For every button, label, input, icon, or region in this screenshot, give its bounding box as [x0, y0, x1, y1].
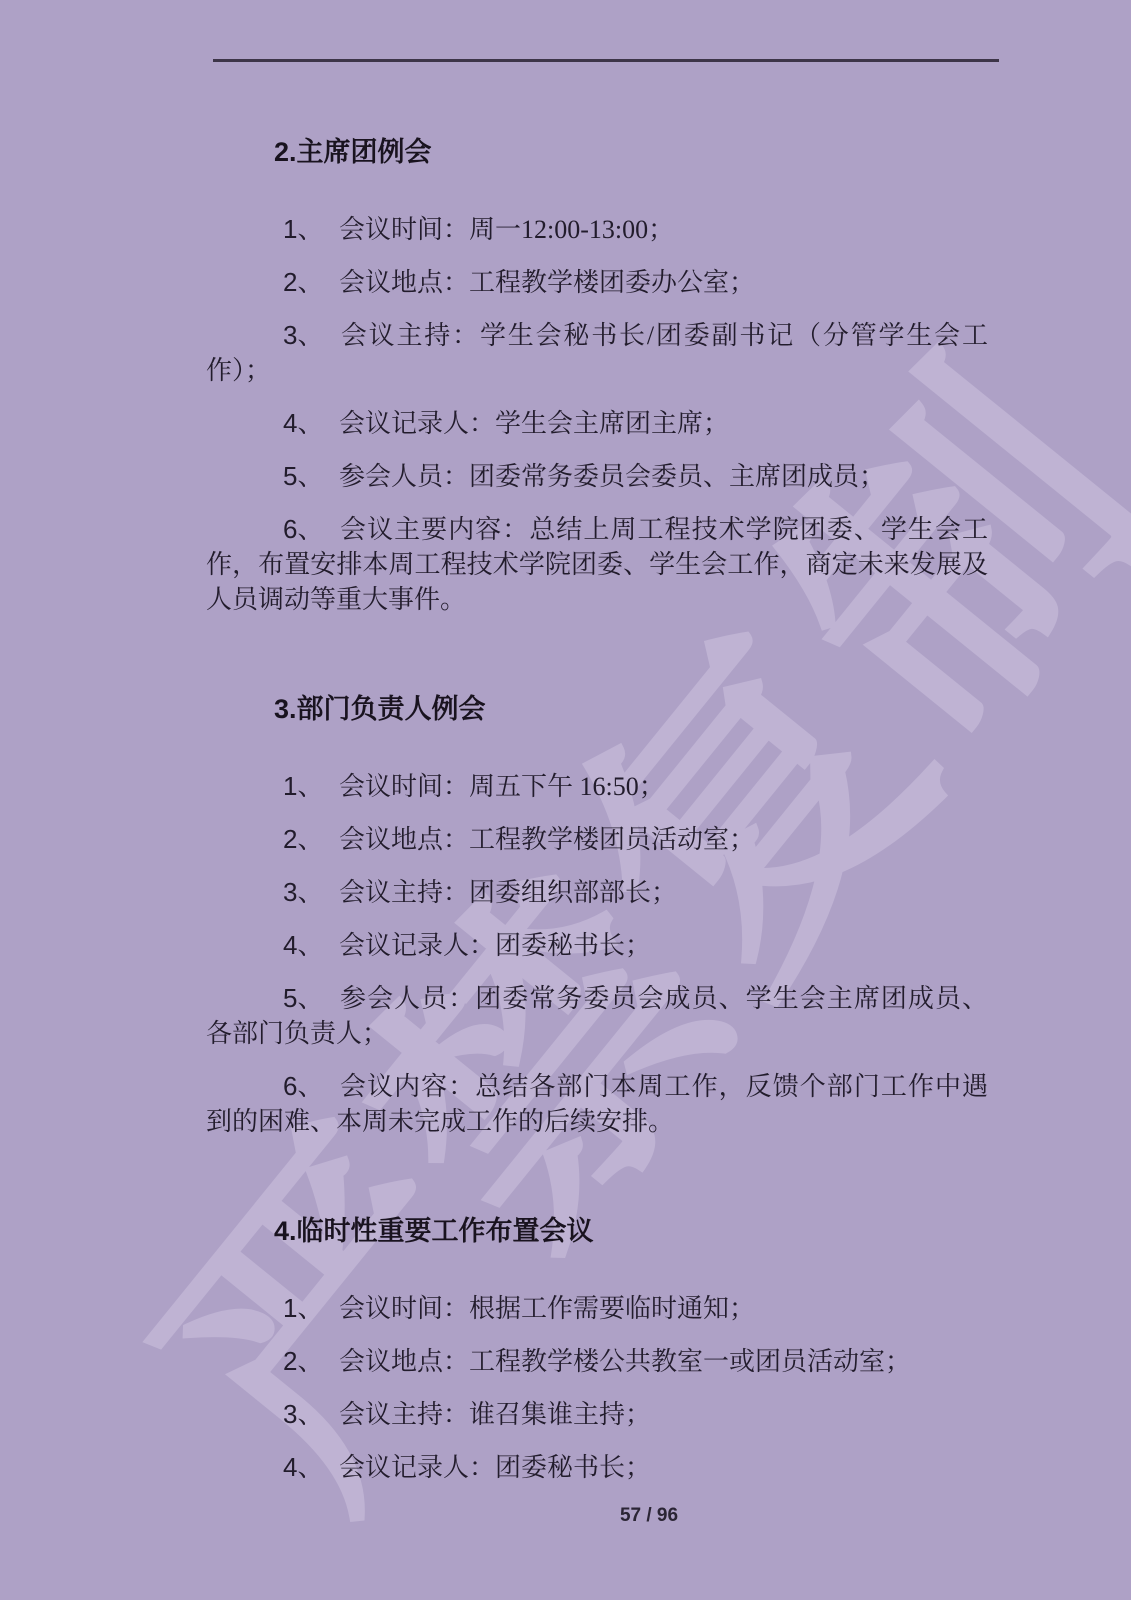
list-item: 4、会议记录人：团委秘书长； [206, 1450, 988, 1485]
item-text: 会议时间：根据工作需要临时通知； [339, 1294, 755, 1323]
item-text: 会议记录人：学生会主席团主席； [339, 409, 729, 438]
list-item: 4、会议记录人：学生会主席团主席； [206, 406, 988, 441]
list-item: 4、会议记录人：团委秘书长； [206, 928, 988, 963]
list-item: 2、会议地点：工程教学楼团员活动室； [206, 822, 988, 857]
item-number: 5、 [283, 459, 339, 494]
item-number: 3、 [283, 1397, 339, 1432]
item-number: 4、 [283, 406, 339, 441]
page-number: 57 / 96 [620, 1505, 678, 1526]
list-item: 3、会议主持：学生会秘书长/团委副书记（分管学生会工作）； [206, 318, 988, 388]
item-text: 会议记录人：团委秘书长； [339, 931, 651, 960]
document-content: 2.主席团例会 1、会议时间：周一12:00-13:00； 2、会议地点：工程教… [206, 60, 988, 1503]
item-text: 会议地点：工程教学楼公共教室一或团员活动室； [339, 1347, 911, 1376]
item-text: 会议地点：工程教学楼团委办公室； [339, 268, 755, 297]
list-item: 6、会议内容：总结各部门本周工作，反馈个部门工作中遇到的困难、本周未完成工作的后… [206, 1069, 988, 1139]
page-footer: 57 / 96 [206, 1505, 1042, 1527]
list-item: 5、参会人员：团委常务委员会委员、主席团成员； [206, 459, 988, 494]
item-text: 参会人员：团委常务委员会委员、主席团成员； [339, 462, 885, 491]
list-item: 3、会议主持：团委组织部部长； [206, 875, 988, 910]
item-number: 2、 [283, 822, 339, 857]
section-heading-presidium-meeting: 2.主席团例会 [274, 138, 988, 166]
item-text: 会议主持：团委组织部部长； [339, 878, 677, 907]
list-item: 1、会议时间：根据工作需要临时通知； [206, 1291, 988, 1326]
item-number: 5、 [283, 981, 339, 1016]
list-item: 5、参会人员：团委常务委员会成员、学生会主席团成员、各部门负责人； [206, 981, 988, 1051]
list-item: 6、会议主要内容：总结上周工程技术学院团委、学生会工作，布置安排本周工程技术学院… [206, 512, 988, 617]
item-text: 会议地点：工程教学楼团员活动室； [339, 825, 755, 854]
item-number: 2、 [283, 1344, 339, 1379]
list-item: 3、会议主持：谁召集谁主持； [206, 1397, 988, 1432]
item-number: 6、 [283, 512, 339, 547]
item-text: 会议时间：周一12:00-13:00； [339, 215, 674, 244]
item-number: 6、 [283, 1069, 339, 1104]
section-heading-department-heads-meeting: 3.部门负责人例会 [274, 695, 988, 723]
item-text: 会议记录人：团委秘书长； [339, 1453, 651, 1482]
item-number: 1、 [283, 212, 339, 247]
item-number: 4、 [283, 928, 339, 963]
document-page: 严禁复制 2.主席团例会 1、会议时间：周一12:00-13:00； 2、会议地… [0, 0, 1131, 1600]
list-item: 1、会议时间：周五下午 16:50； [206, 769, 988, 804]
item-number: 2、 [283, 265, 339, 300]
header-rule [213, 59, 999, 62]
section-heading-temporary-work-meeting: 4.临时性重要工作布置会议 [274, 1217, 988, 1245]
item-number: 3、 [283, 875, 339, 910]
item-number: 1、 [283, 769, 339, 804]
item-text: 会议时间：周五下午 16:50； [339, 772, 665, 801]
list-item: 1、会议时间：周一12:00-13:00； [206, 212, 988, 247]
list-item: 2、会议地点：工程教学楼团委办公室； [206, 265, 988, 300]
item-number: 4、 [283, 1450, 339, 1485]
item-number: 1、 [283, 1291, 339, 1326]
list-item: 2、会议地点：工程教学楼公共教室一或团员活动室； [206, 1344, 988, 1379]
item-text: 会议主持：谁召集谁主持； [339, 1400, 651, 1429]
item-number: 3、 [283, 318, 339, 353]
